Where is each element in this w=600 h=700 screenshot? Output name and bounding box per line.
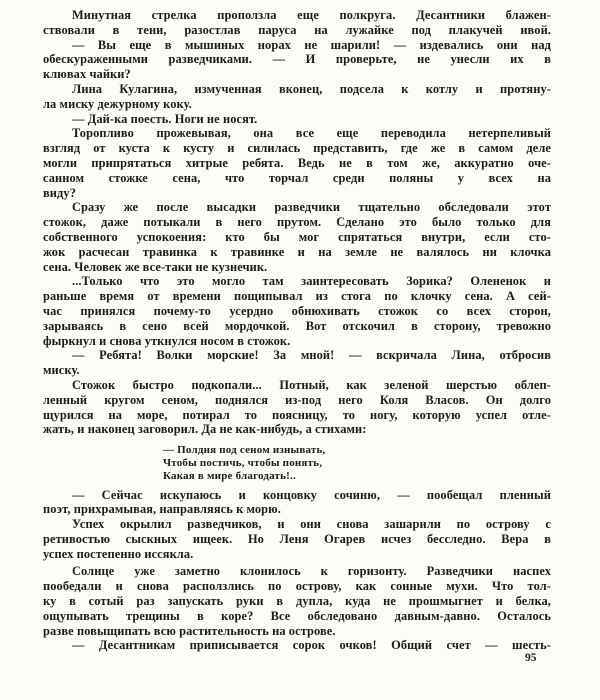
text-line: пообедали и снова расползлись по острову… (43, 579, 551, 594)
text-line: фыркнул и снова уткнулся носом в стожок. (43, 334, 551, 349)
text-line: ...Только что это могло там заинтересова… (43, 274, 551, 289)
text-line: ла миску дежурному коку. (43, 97, 551, 112)
text-line: поэт, прихрамывая, направляясь к морю. (43, 502, 551, 517)
text-line: ку в сотый раз запускать руки в дупла, к… (43, 594, 551, 609)
text-line: раньше время от времени пощипывал из сто… (43, 289, 551, 304)
text-line: Успех окрылил разведчиков, и они снова з… (43, 517, 551, 532)
text-line: Стожок быстро подкопали... Потный, как з… (43, 378, 551, 393)
verse-line: Чтобы постичь, чтобы понять, (43, 457, 551, 470)
text-line: ощупывать трещины в коре? Все обследован… (43, 609, 551, 624)
text-line: сена. Человек же все-таки не кузнечик. (43, 260, 551, 275)
text-line: — Ребята! Волки морские! За мной! — вскр… (43, 348, 551, 363)
text-line: жок расчесан травинка к травинке и на зе… (43, 245, 551, 260)
text-line: ствовали в тени, разостлав паруса на луж… (43, 23, 551, 38)
text-line: собственного успокоения: кто бы мог спря… (43, 230, 551, 245)
text-line: стожок, даже потыкали в него прутом. Сде… (43, 215, 551, 230)
text-line: санном стожке сена, что торчал среди пол… (43, 171, 551, 186)
text-line: Солнце уже заметно клонилось к горизонту… (43, 564, 551, 579)
verse-line: Какая в мире благодать!.. (43, 470, 551, 483)
text-line: ретивостью сыскных ищеек. Но Леня Огарев… (43, 532, 551, 547)
text-line: Торопливо прожевывая, она все еще перево… (43, 126, 551, 141)
text-line: миску. (43, 363, 551, 378)
text-line: успех постепенно иссякла. (43, 547, 551, 562)
text-line: — Десантникам приписывается сорок очков!… (43, 638, 551, 653)
text-line: обескураженными разведчиками. — И провер… (43, 52, 551, 67)
text-line: Минутная стрелка проползла еще полкруга.… (43, 8, 551, 23)
text-line: могли припрятаться хитрые ребята. Ведь н… (43, 156, 551, 171)
verse-line: — Полдня под сеном изнывать, (43, 444, 551, 457)
page-number: 95 (525, 652, 537, 664)
text-line: — Дай-ка поесть. Ноги не носят. (43, 112, 551, 127)
text-line: ленный кругом сеном, поднялся из-под нег… (43, 393, 551, 408)
text-line: — Вы еще в мышиных норах не шарили! — из… (43, 38, 551, 53)
text-line: разве повыщипать всю растительность на о… (43, 624, 551, 639)
text-line: щурился на море, потирал то поясницу, то… (43, 408, 551, 423)
text-line: виду? (43, 186, 551, 201)
text-line: взгляд от куста к кусту и силилась предс… (43, 141, 551, 156)
book-page: Минутная стрелка проползла еще полкруга.… (0, 0, 600, 700)
text-line: час принялся почему-то усердно обнюхиват… (43, 304, 551, 319)
text-line: зарываясь в сено всей мордочкой. Вот отс… (43, 319, 551, 334)
text-line: Сразу же после высадки разведчики тщател… (43, 200, 551, 215)
text-line: Лина Кулагина, измученная вконец, подсел… (43, 82, 551, 97)
text-line: — Сейчас искупаюсь и концовку сочиню, — … (43, 488, 551, 503)
text-line: клювах чайки? (43, 67, 551, 82)
text-line: жать, и наконец заговорил. Да не как-ниб… (43, 422, 551, 437)
page-text: Минутная стрелка проползла еще полкруга.… (43, 8, 551, 653)
